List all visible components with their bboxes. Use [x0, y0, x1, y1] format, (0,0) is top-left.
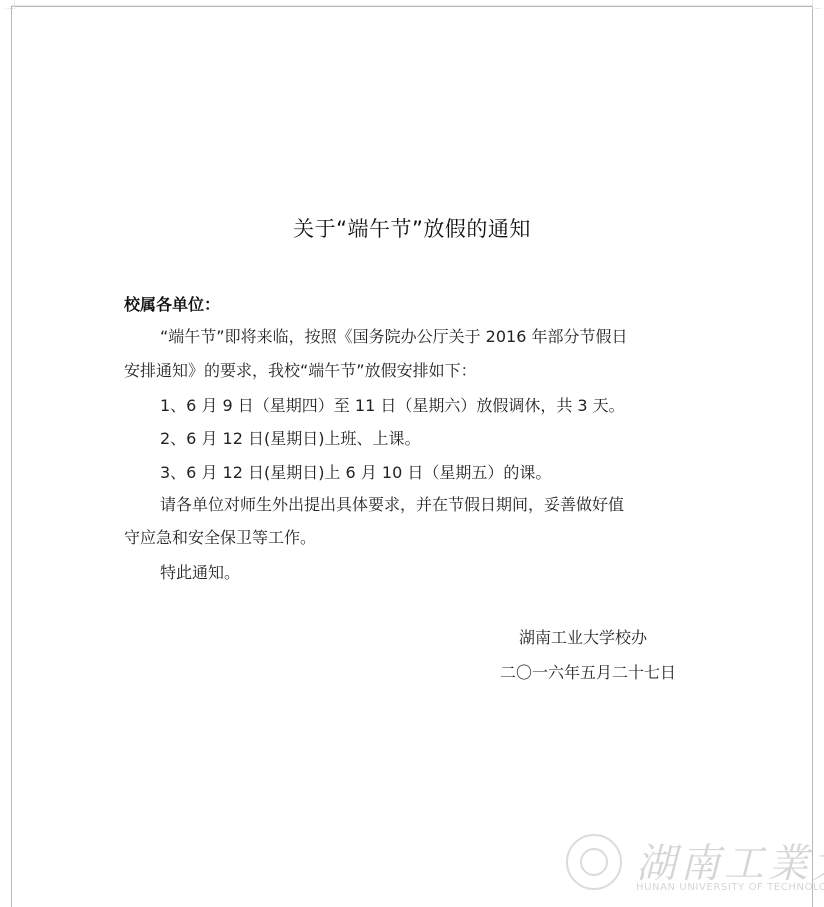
university-watermark: 湖南工業大學 HUNAN UNIVERSITY OF TECHNOLOGY	[566, 832, 816, 902]
salutation: 校属各单位：	[124, 292, 220, 315]
issue-date: 二〇一六年五月二十七日	[500, 660, 676, 683]
paragraph-line: 请各单位对师生外出提出具体要求，并在节假日期间，妥善做好值	[160, 492, 624, 515]
watermark-name-cn: 湖南工業大學	[636, 832, 824, 889]
paragraph-line: 安排通知》的要求，我校“端午节”放假安排如下：	[124, 358, 477, 381]
page-corner-marker	[6, 0, 15, 9]
list-item: 3、6 月 12 日(星期日)上 6 月 10 日（星期五）的课。	[160, 460, 551, 483]
page-corner-marker	[812, 0, 821, 9]
paragraph-line: “端午节”即将来临，按照《国务院办公厅关于 2016 年部分节假日	[160, 324, 627, 347]
closing-line: 特此通知。	[160, 560, 240, 583]
document-title: 关于“端午节”放假的通知	[0, 213, 824, 243]
issuer-name: 湖南工业大学校办	[519, 625, 647, 648]
document-page	[11, 6, 813, 907]
watermark-name-en: HUNAN UNIVERSITY OF TECHNOLOGY	[636, 882, 824, 893]
paragraph-line: 守应急和安全保卫等工作。	[124, 525, 316, 548]
university-seal-icon	[566, 834, 622, 890]
list-item: 2、6 月 12 日(星期日)上班、上课。	[160, 426, 420, 449]
list-item: 1、6 月 9 日（星期四）至 11 日（星期六）放假调休，共 3 天。	[160, 393, 625, 416]
